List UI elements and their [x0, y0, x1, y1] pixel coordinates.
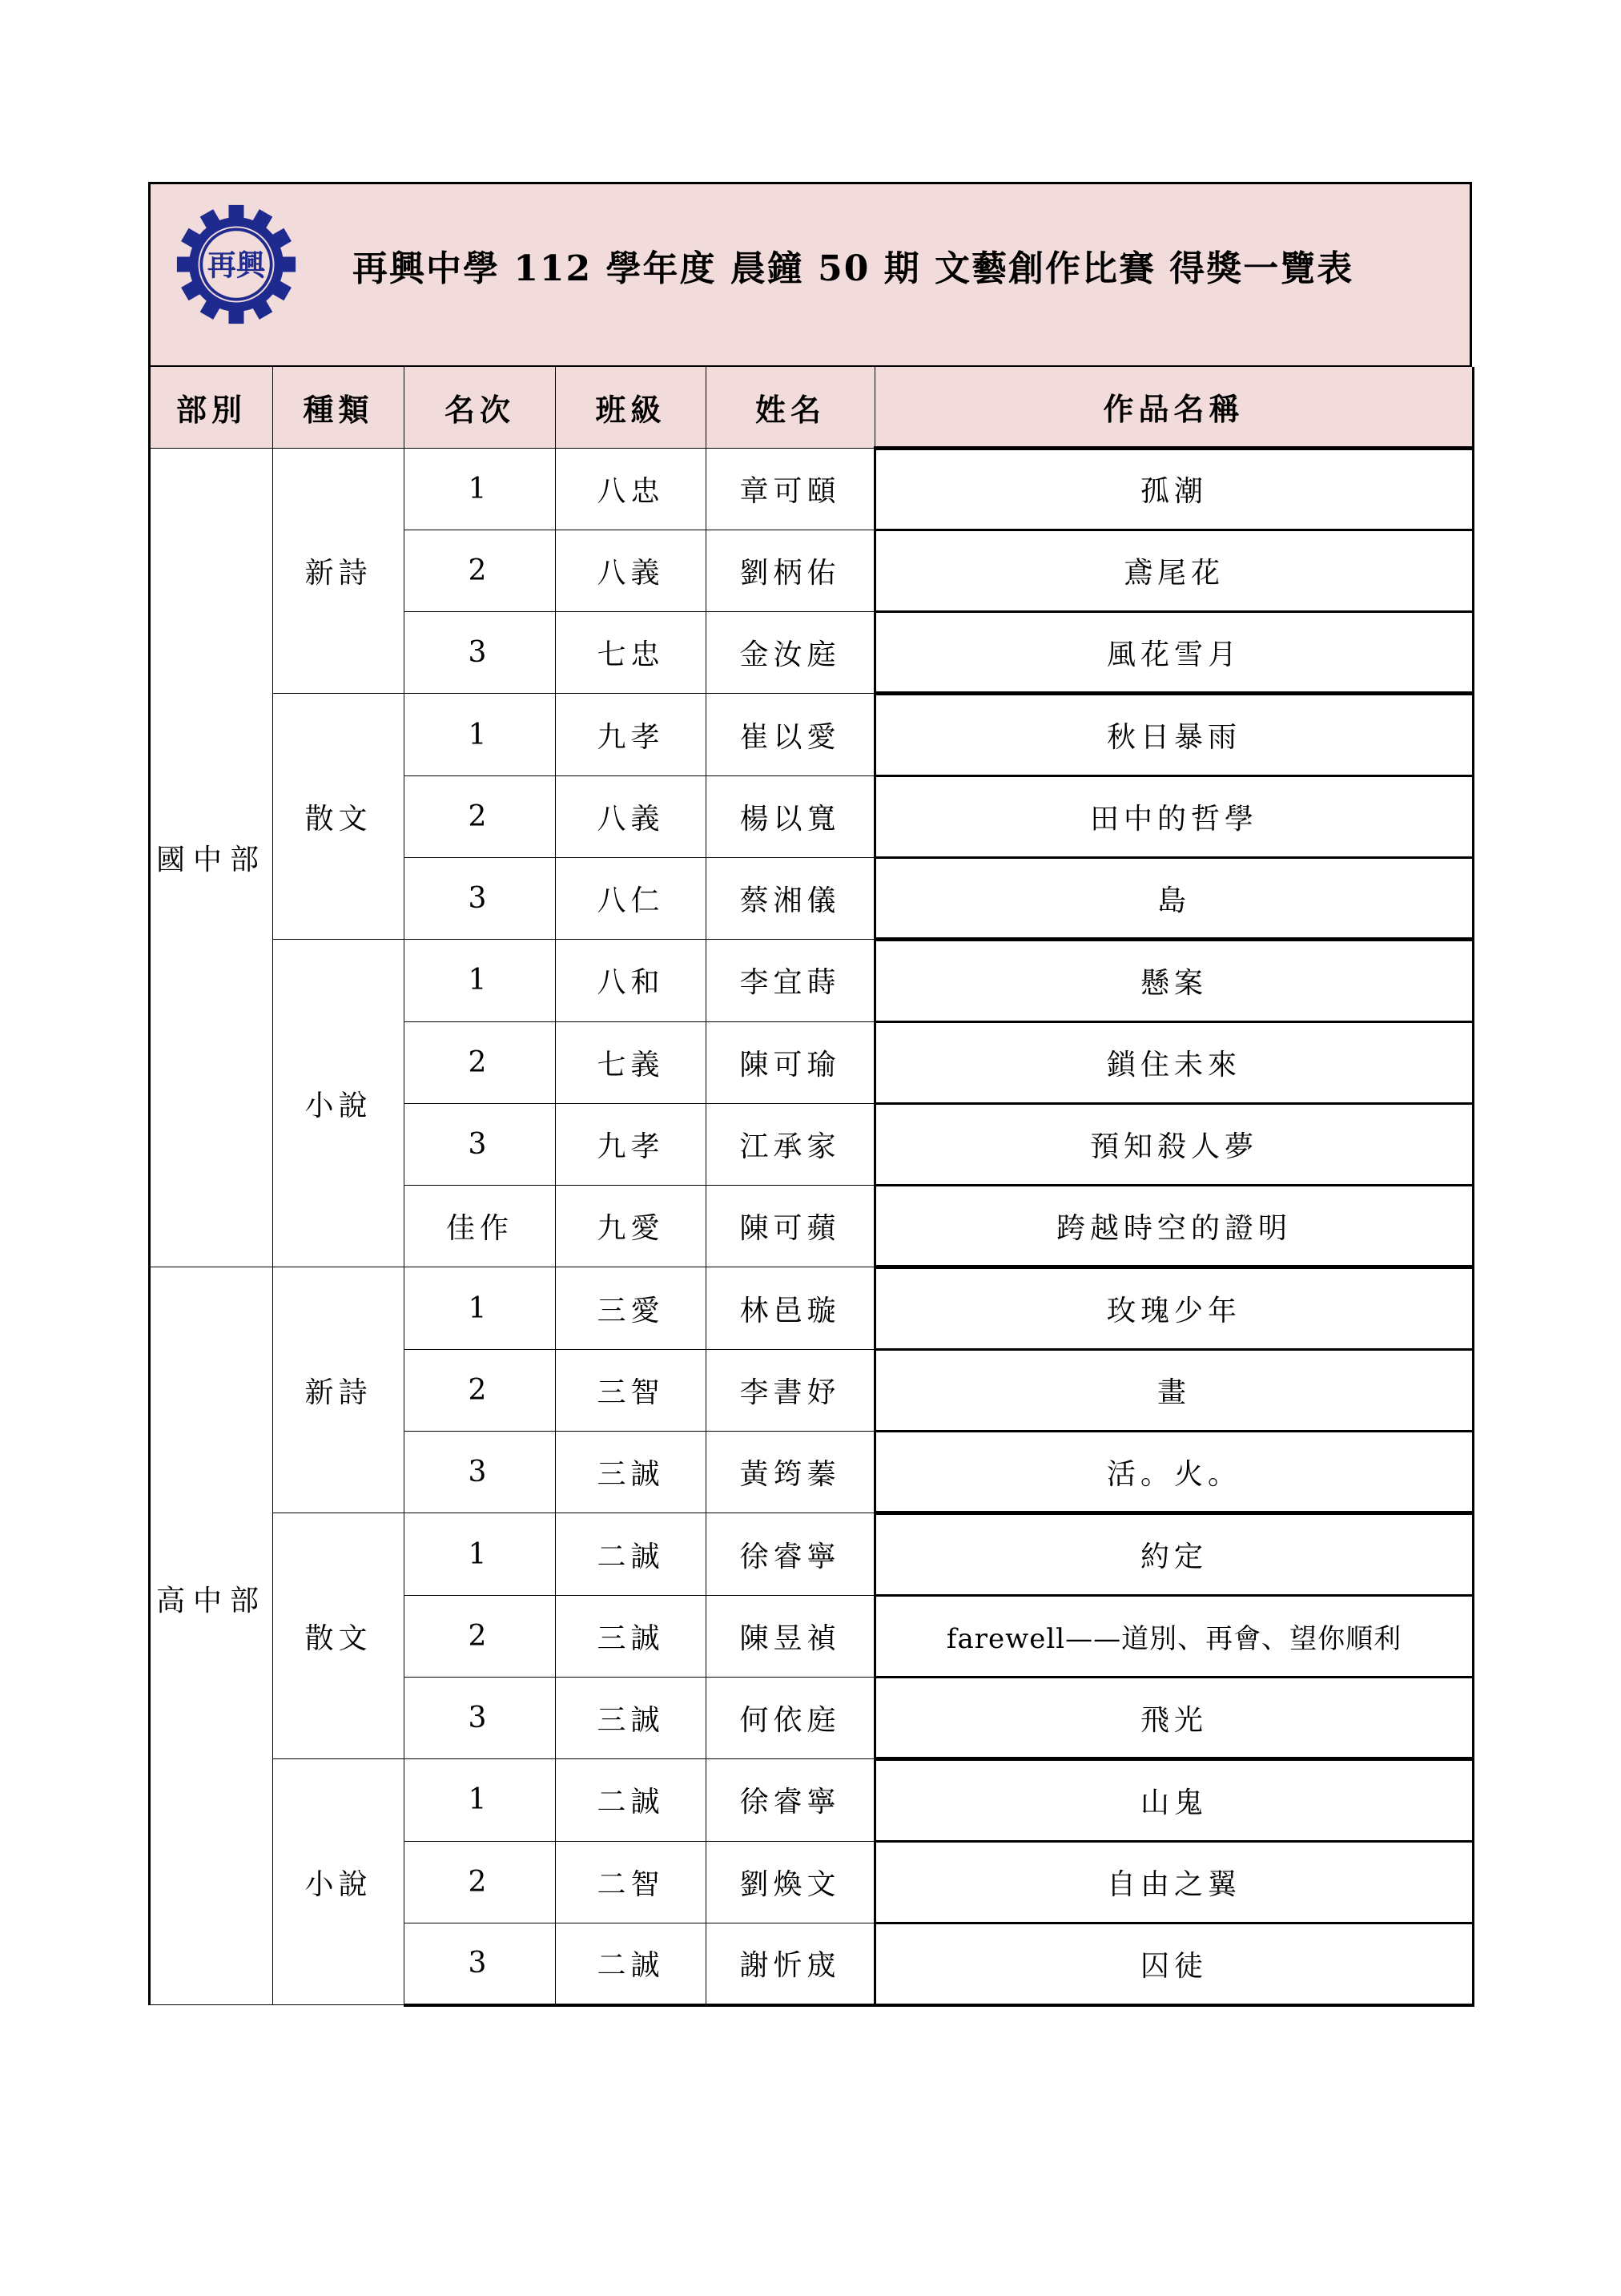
- student-name-cell: 崔以愛: [706, 694, 875, 775]
- page-title: 再興中學 112 學年度 晨鐘 50 期 文藝創作比賽 得獎一覽表: [352, 247, 1354, 292]
- table-row: 散文 1 九孝 崔以愛 秋日暴雨: [150, 694, 1474, 775]
- class-cell: 七義: [556, 1021, 706, 1103]
- class-cell: 九孝: [556, 1103, 706, 1185]
- class-cell: 三愛: [556, 1267, 706, 1349]
- class-cell: 二誠: [556, 1759, 706, 1841]
- student-name-cell: 黃筠蓁: [706, 1432, 875, 1513]
- work-title-cell: 約定: [875, 1513, 1474, 1595]
- rank-cell: 3: [404, 1432, 556, 1513]
- rank-cell: 2: [404, 775, 556, 857]
- award-list-document: 再興 再興中學 112 學年度 晨鐘 50 期 文藝創作比賽 得獎一覽表 部別 …: [148, 182, 1472, 2007]
- class-cell: 三智: [556, 1349, 706, 1431]
- work-title-cell: 島: [875, 857, 1474, 939]
- table-header-row: 部別 種類 名次 班級 姓名 作品名稱: [150, 367, 1474, 448]
- student-name-cell: 陳可蘋: [706, 1186, 875, 1267]
- column-header-category: 種類: [273, 367, 404, 448]
- class-cell: 八忠: [556, 448, 706, 530]
- class-cell: 二誠: [556, 1923, 706, 2004]
- rank-cell: 2: [404, 530, 556, 611]
- work-title-cell: farewell——道別、再會、望你順利: [875, 1595, 1474, 1677]
- class-cell: 九愛: [556, 1186, 706, 1267]
- category-cell: 小說: [273, 940, 404, 1267]
- class-cell: 三誠: [556, 1595, 706, 1677]
- department-cell: 高中部: [150, 1267, 273, 2005]
- class-cell: 二誠: [556, 1513, 706, 1595]
- student-name-cell: 陳昱禎: [706, 1595, 875, 1677]
- table-row: 高中部 新詩 1 三愛 林邑璇 玫瑰少年: [150, 1267, 1474, 1349]
- class-cell: 八義: [556, 775, 706, 857]
- rank-cell: 2: [404, 1841, 556, 1923]
- work-title-cell: 自由之翼: [875, 1841, 1474, 1923]
- rank-cell: 1: [404, 448, 556, 530]
- rank-cell: 3: [404, 1923, 556, 2004]
- student-name-cell: 謝忻宬: [706, 1923, 875, 2004]
- student-name-cell: 何依庭: [706, 1677, 875, 1758]
- student-name-cell: 李宜蒔: [706, 940, 875, 1021]
- class-cell: 八仁: [556, 857, 706, 939]
- class-cell: 三誠: [556, 1432, 706, 1513]
- class-cell: 九孝: [556, 694, 706, 775]
- work-title-cell: 跨越時空的證明: [875, 1186, 1474, 1267]
- category-cell: 新詩: [273, 1267, 404, 1513]
- column-header-class: 班級: [556, 367, 706, 448]
- table-row: 國中部 新詩 1 八忠 章可頤 孤潮: [150, 448, 1474, 530]
- work-title-cell: 田中的哲學: [875, 775, 1474, 857]
- work-title-cell: 預知殺人夢: [875, 1103, 1474, 1185]
- class-cell: 八和: [556, 940, 706, 1021]
- department-cell: 國中部: [150, 448, 273, 1267]
- student-name-cell: 李書妤: [706, 1349, 875, 1431]
- student-name-cell: 林邑璇: [706, 1267, 875, 1349]
- student-name-cell: 蔡湘儀: [706, 857, 875, 939]
- category-cell: 散文: [273, 1513, 404, 1759]
- student-name-cell: 陳可瑜: [706, 1021, 875, 1103]
- column-header-department: 部別: [150, 367, 273, 448]
- table-row: 小說 1 二誠 徐睿寧 山鬼: [150, 1759, 1474, 1841]
- rank-cell: 3: [404, 1677, 556, 1758]
- class-cell: 三誠: [556, 1677, 706, 1758]
- work-title-cell: 飛光: [875, 1677, 1474, 1758]
- svg-text:再興: 再興: [207, 248, 267, 282]
- work-title-cell: 風花雪月: [875, 612, 1474, 694]
- class-cell: 七忠: [556, 612, 706, 694]
- work-title-cell: 畫: [875, 1349, 1474, 1431]
- rank-cell: 1: [404, 1267, 556, 1349]
- rank-cell: 2: [404, 1349, 556, 1431]
- rank-cell: 1: [404, 1513, 556, 1595]
- rank-cell: 2: [404, 1021, 556, 1103]
- class-cell: 八義: [556, 530, 706, 611]
- column-header-work-title: 作品名稱: [875, 367, 1474, 448]
- rank-cell: 3: [404, 1103, 556, 1185]
- work-title-cell: 孤潮: [875, 448, 1474, 530]
- column-header-name: 姓名: [706, 367, 875, 448]
- student-name-cell: 劉柄佑: [706, 530, 875, 611]
- category-cell: 小說: [273, 1759, 404, 2005]
- work-title-cell: 秋日暴雨: [875, 694, 1474, 775]
- table-row: 散文 1 二誠 徐睿寧 約定: [150, 1513, 1474, 1595]
- student-name-cell: 劉煥文: [706, 1841, 875, 1923]
- rank-cell: 3: [404, 612, 556, 694]
- rank-cell: 3: [404, 857, 556, 939]
- student-name-cell: 章可頤: [706, 448, 875, 530]
- work-title-cell: 山鬼: [875, 1759, 1474, 1841]
- work-title-cell: 懸案: [875, 940, 1474, 1021]
- table-row: 小說 1 八和 李宜蒔 懸案: [150, 940, 1474, 1021]
- work-title-cell: 囚徒: [875, 1923, 1474, 2004]
- work-title-cell: 鎖住未來: [875, 1021, 1474, 1103]
- work-title-cell: 活。火。: [875, 1432, 1474, 1513]
- school-logo-gear-icon: 再興: [173, 203, 300, 325]
- student-name-cell: 金汝庭: [706, 612, 875, 694]
- rank-cell: 1: [404, 1759, 556, 1841]
- rank-cell: 1: [404, 940, 556, 1021]
- work-title-cell: 玫瑰少年: [875, 1267, 1474, 1349]
- class-cell: 二智: [556, 1841, 706, 1923]
- student-name-cell: 徐睿寧: [706, 1513, 875, 1595]
- rank-cell: 1: [404, 694, 556, 775]
- category-cell: 新詩: [273, 448, 404, 694]
- rank-cell: 2: [404, 1595, 556, 1677]
- title-banner: 再興 再興中學 112 學年度 晨鐘 50 期 文藝創作比賽 得獎一覽表: [148, 182, 1472, 367]
- work-title-cell: 鳶尾花: [875, 530, 1474, 611]
- column-header-rank: 名次: [404, 367, 556, 448]
- student-name-cell: 江承家: [706, 1103, 875, 1185]
- student-name-cell: 徐睿寧: [706, 1759, 875, 1841]
- category-cell: 散文: [273, 694, 404, 940]
- awards-table: 部別 種類 名次 班級 姓名 作品名稱 國中部 新詩 1 八忠 章可頤 孤潮 2…: [148, 367, 1474, 2007]
- student-name-cell: 楊以寬: [706, 775, 875, 857]
- rank-cell: 佳作: [404, 1186, 556, 1267]
